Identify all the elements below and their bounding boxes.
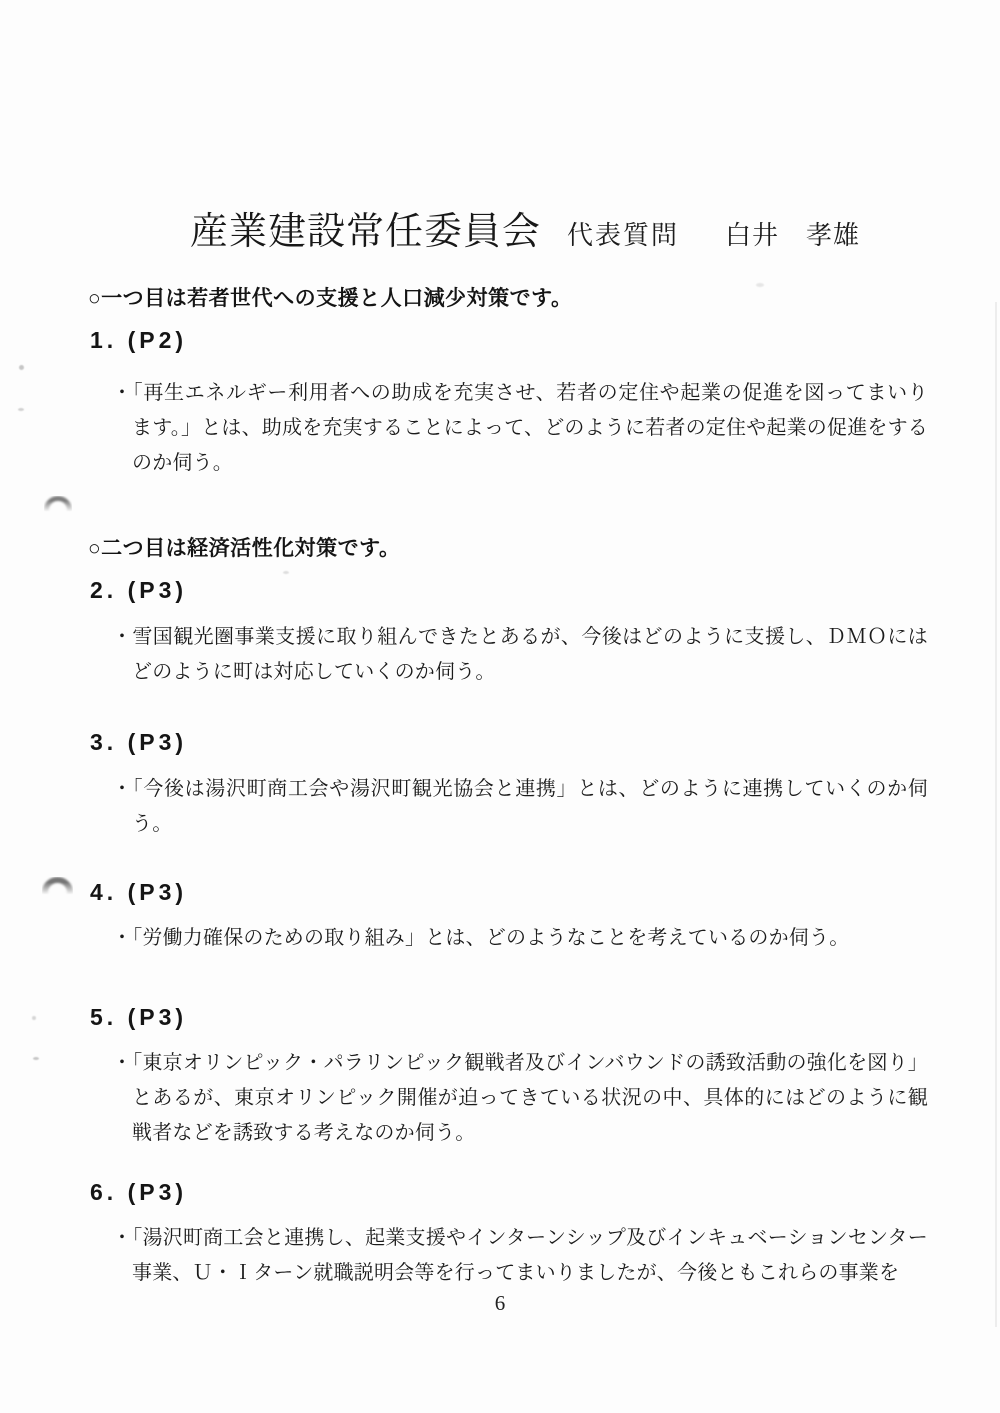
question-2-label: 2. (P3) [90,577,187,603]
question-6-label: 6. (P3) [90,1179,187,1205]
section-heading-1: ○一つ目は若者世代への支援と人口減少対策です。 [88,287,573,311]
scan-speck [19,365,24,370]
scan-page-edge-line [995,302,997,1327]
question-4-label: 4. (P3) [90,879,187,905]
section-heading-2: ○二つ目は経済活性化対策です。 [88,537,401,561]
scan-artifact-arc-2-ring [42,877,73,895]
scan-speck [18,408,24,411]
scan-artifact-arc-2 [42,877,73,895]
scan-speck [33,1057,39,1060]
question-type-label: 代表質問 [567,215,679,252]
committee-title: 産業建設常任委員会 [190,200,541,255]
question-4-text: ・「労働力確保のための取り組み」とは、どのようなことを考えているのか伺う。 [112,921,928,956]
document-title-row: 産業建設常任委員会 代表質問 白井 孝雄 [190,200,860,255]
scan-artifact-arc-1 [44,496,72,512]
page-number: 6 [0,1291,1000,1316]
scan-artifact-arc-1-ring [44,496,72,512]
question-1-label: 1. (P2) [90,327,187,353]
question-5-text: ・「東京オリンピック・パラリンピック観戦者及びインバウンドの誘致活動の強化を図り… [112,1046,928,1151]
scan-speck [283,571,289,574]
question-2-text: ・雪国観光圏事業支援に取り組んできたとあるが、今後はどのように支援し、ＤＭＯには… [112,620,928,690]
question-3-label: 3. (P3) [90,729,187,755]
question-1-text: ・「再生エネルギー利用者への助成を充実させ、若者の定住や起業の促進を図ってまいり… [112,376,928,481]
scanned-document-page: 産業建設常任委員会 代表質問 白井 孝雄 ○一つ目は若者世代への支援と人口減少対… [0,0,1000,1413]
scan-speck [756,283,764,287]
question-6-text: ・「湯沢町商工会と連携し、起業支援やインターンシップ及びインキュベーションセンタ… [112,1221,928,1291]
scan-speck [32,1016,36,1020]
questioner-name: 白井 孝雄 [725,215,860,252]
question-5-label: 5. (P3) [90,1004,187,1030]
question-3-text: ・「今後は湯沢町商工会や湯沢町観光協会と連携」とは、どのように連携していくのか伺… [112,772,928,842]
